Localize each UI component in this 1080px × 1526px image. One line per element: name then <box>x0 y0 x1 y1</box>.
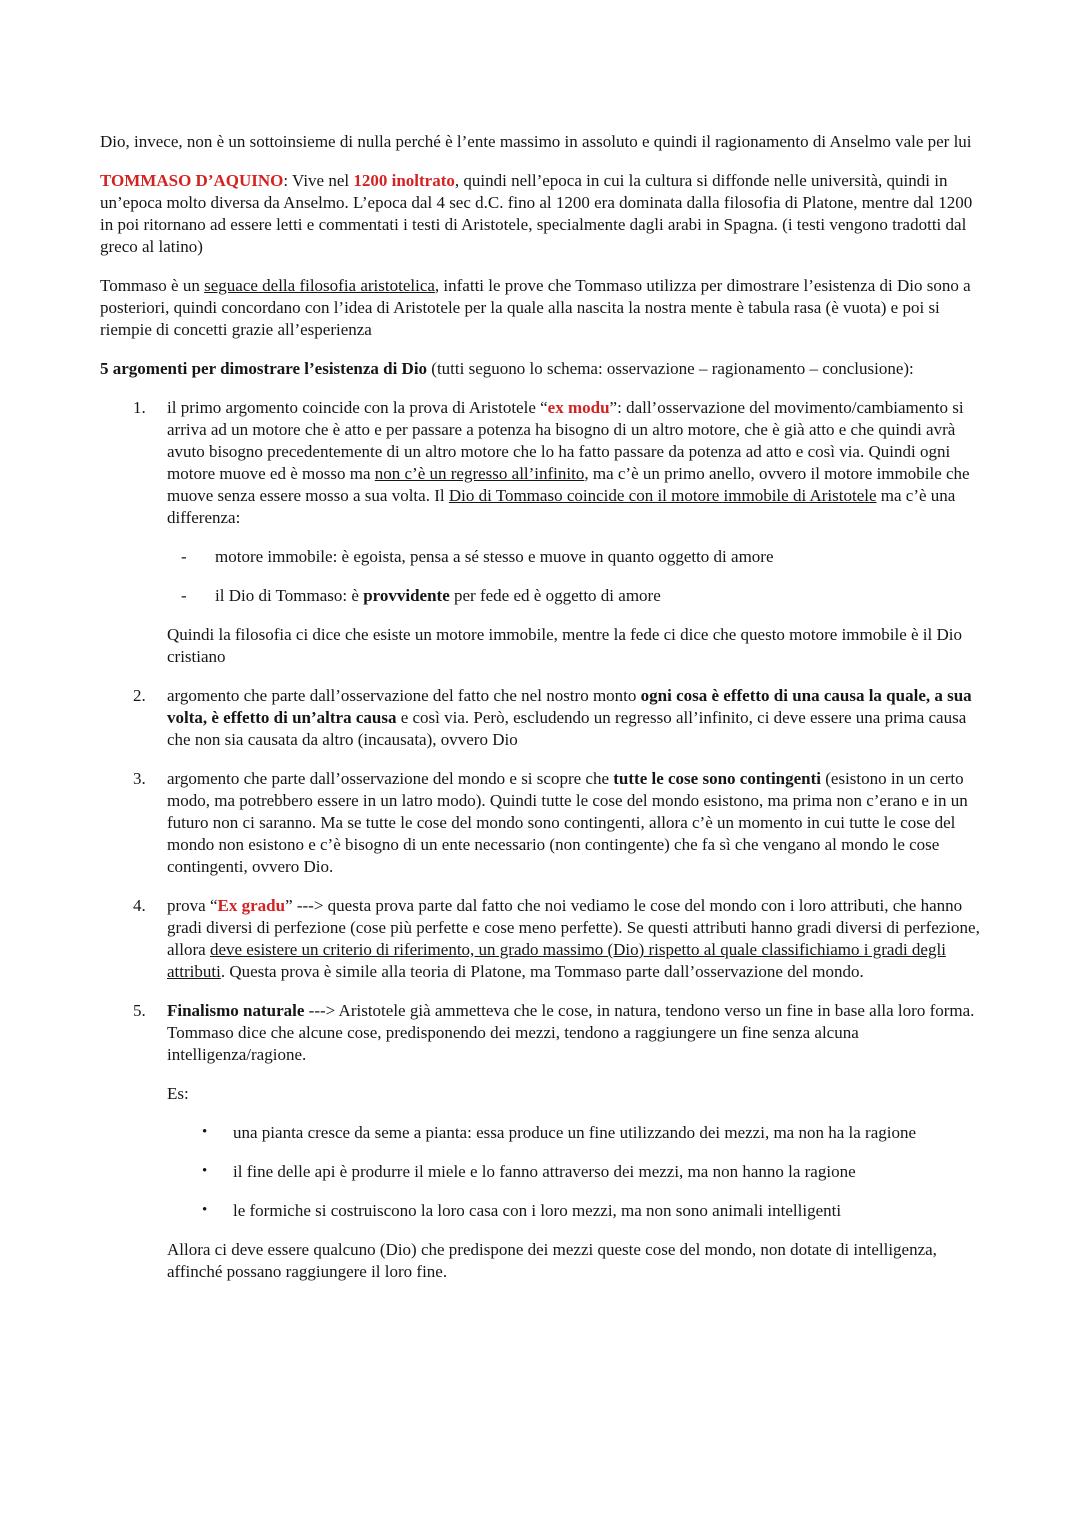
text-run: le formiche si costruiscono la loro casa… <box>233 1201 841 1220</box>
text-run: prova “ <box>167 896 218 915</box>
underlined-dio-motore: Dio di Tommaso coincide con il motore im… <box>449 486 877 505</box>
bullet-item-pianta: • una pianta cresce da seme a pianta: es… <box>100 1122 980 1144</box>
bold-provvidente: provvidente <box>363 586 450 605</box>
text-run: Quindi la filosofia ci dice che esiste u… <box>167 625 962 666</box>
text-run: Dio, invece, non è un sottoinsieme di nu… <box>100 132 972 151</box>
bold-5-argomenti: 5 argomenti per dimostrare l’esistenza d… <box>100 359 427 378</box>
text-run: Tommaso è un <box>100 276 204 295</box>
underlined-regresso: non c’è un regresso all’infinito <box>375 464 585 483</box>
tommaso-daquino-heading: TOMMASO D’AQUINO <box>100 171 283 190</box>
text-run: il fine delle api è produrre il miele e … <box>233 1162 856 1181</box>
paragraph-allora-conclusione: Allora ci deve essere qualcuno (Dio) che… <box>167 1239 980 1283</box>
list-number: 3. <box>133 768 146 790</box>
highlight-1200-inoltrato: 1200 inoltrato <box>353 171 455 190</box>
text-run: argomento che parte dall’osservazione de… <box>167 769 613 788</box>
bullet-item-formiche: • le formiche si costruiscono la loro ca… <box>100 1200 980 1222</box>
bold-contingenti: tutte le cose sono contingenti <box>613 769 821 788</box>
text-run: Es: <box>167 1084 189 1103</box>
underlined-seguace: seguace della filosofia aristotelica <box>204 276 435 295</box>
dash-item-dio-tommaso: - il Dio di Tommaso: è provvidente per f… <box>100 585 980 607</box>
list-number: 1. <box>133 397 146 419</box>
numbered-item-1: 1. il primo argomento coincide con la pr… <box>100 397 980 529</box>
highlight-ex-gradu: Ex gradu <box>218 896 286 915</box>
text-run: : Vive nel <box>283 171 353 190</box>
bullet-marker: • <box>202 1160 207 1182</box>
document-page: Dio, invece, non è un sottoinsieme di nu… <box>0 0 1080 1283</box>
text-run: il Dio di Tommaso: è <box>215 586 363 605</box>
text-run: . Questa prova è simile alla teoria di P… <box>221 962 864 981</box>
bullet-marker: • <box>202 1199 207 1221</box>
paragraph-tommaso-intro: TOMMASO D’AQUINO: Vive nel 1200 inoltrat… <box>100 170 980 258</box>
numbered-item-5: 5. Finalismo naturale ---> Aristotele gi… <box>100 1000 980 1066</box>
text-run: Allora ci deve essere qualcuno (Dio) che… <box>167 1240 937 1281</box>
bold-finalismo-naturale: Finalismo naturale <box>167 1001 304 1020</box>
text-run: una pianta cresce da seme a pianta: essa… <box>233 1123 916 1142</box>
text-run: il primo argomento coincide con la prova… <box>167 398 548 417</box>
dash-marker: - <box>181 546 187 568</box>
numbered-item-4: 4. prova “Ex gradu” ---> questa prova pa… <box>100 895 980 983</box>
paragraph-5-argomenti-heading: 5 argomenti per dimostrare l’esistenza d… <box>100 358 980 380</box>
highlight-ex-modu: ex modu <box>548 398 610 417</box>
dash-marker: - <box>181 585 187 607</box>
list-number: 2. <box>133 685 146 707</box>
text-run: (tutti seguono lo schema: osservazione –… <box>427 359 914 378</box>
dash-item-motore-immobile: - motore immobile: è egoista, pensa a sé… <box>100 546 980 568</box>
numbered-item-2: 2. argomento che parte dall’osservazione… <box>100 685 980 751</box>
bullet-item-api: • il fine delle api è produrre il miele … <box>100 1161 980 1183</box>
paragraph-dio-anselmo: Dio, invece, non è un sottoinsieme di nu… <box>100 131 980 153</box>
list-number: 4. <box>133 895 146 917</box>
list-number: 5. <box>133 1000 146 1022</box>
text-run: motore immobile: è egoista, pensa a sé s… <box>215 547 774 566</box>
text-run: per fede ed è oggetto di amore <box>450 586 661 605</box>
numbered-item-3: 3. argomento che parte dall’osservazione… <box>100 768 980 878</box>
paragraph-seguace-aristotele: Tommaso è un seguace della filosofia ari… <box>100 275 980 341</box>
paragraph-quindi-filosofia: Quindi la filosofia ci dice che esiste u… <box>167 624 980 668</box>
paragraph-es-label: Es: <box>167 1083 980 1105</box>
bullet-marker: • <box>202 1121 207 1143</box>
text-run: argomento che parte dall’osservazione de… <box>167 686 641 705</box>
